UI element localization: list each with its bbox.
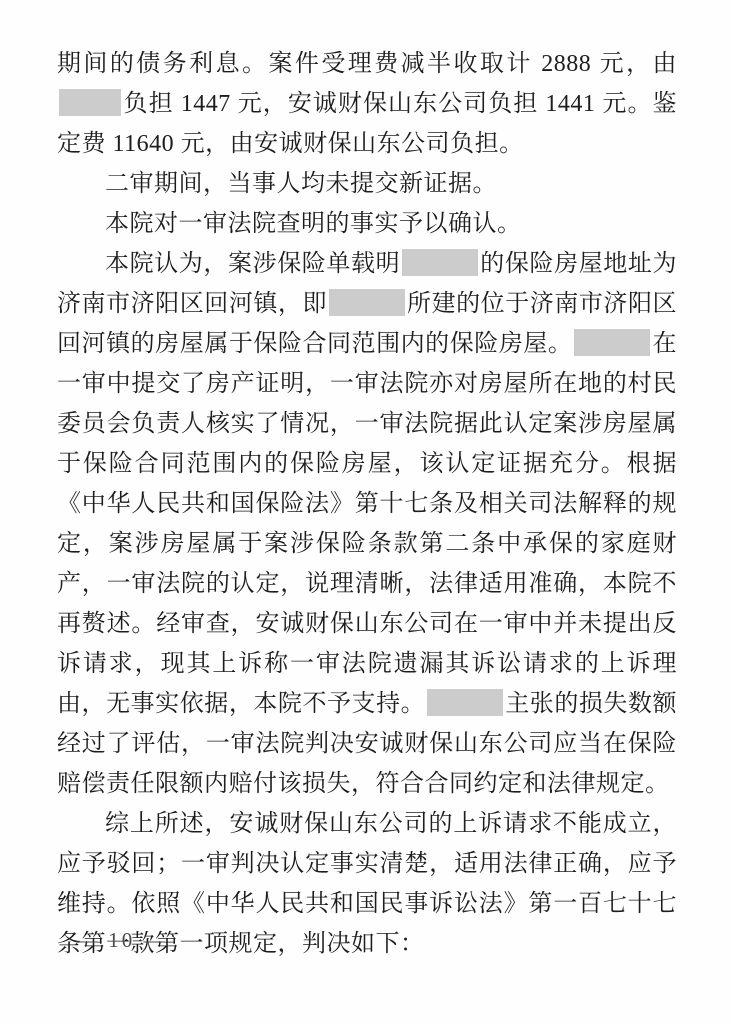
- paragraph-court-opinion: 本院认为，案涉保险单载明的保险房屋地址为济南市济阳区回河镇，即所建的位于济南市济…: [57, 244, 677, 804]
- redaction-box: [402, 249, 478, 276]
- redaction-box: [329, 289, 405, 316]
- paragraph-facts-confirmation: 本院对一审法院查明的事实予以确认。: [57, 204, 677, 244]
- redaction-box: [427, 689, 503, 716]
- redaction-box: [59, 89, 121, 116]
- text-segment: 期间的债务利息。案件受理费减半收取计 2888 元，由: [57, 51, 677, 77]
- text-segment: 负担 1447 元，安诚财保山东公司负担 1441 元。鉴定费 11640 元，…: [57, 91, 677, 157]
- judgment-page: 期间的债务利息。案件受理费减半收取计 2888 元，由负担 1447 元，安诚财…: [0, 0, 731, 1024]
- text-segment: 在一审中提交了房产证明，一审法院亦对房屋所在地的村民委员会负责人核实了情况，一审…: [57, 331, 677, 717]
- redaction-box: [574, 329, 650, 356]
- text-segment: 本院认为，案涉保险单载明: [105, 251, 400, 277]
- text-segment: 本院对一审法院查明的事实予以确认。: [105, 211, 522, 237]
- paragraph-second-instance-evidence: 二审期间，当事人均未提交新证据。: [57, 164, 677, 204]
- page-number: — 10 —: [76, 928, 168, 953]
- paragraph-costs: 期间的债务利息。案件受理费减半收取计 2888 元，由负担 1447 元，安诚财…: [57, 44, 677, 164]
- judgment-body-text: 期间的债务利息。案件受理费减半收取计 2888 元，由负担 1447 元，安诚财…: [57, 44, 677, 964]
- text-segment: 二审期间，当事人均未提交新证据。: [105, 171, 497, 197]
